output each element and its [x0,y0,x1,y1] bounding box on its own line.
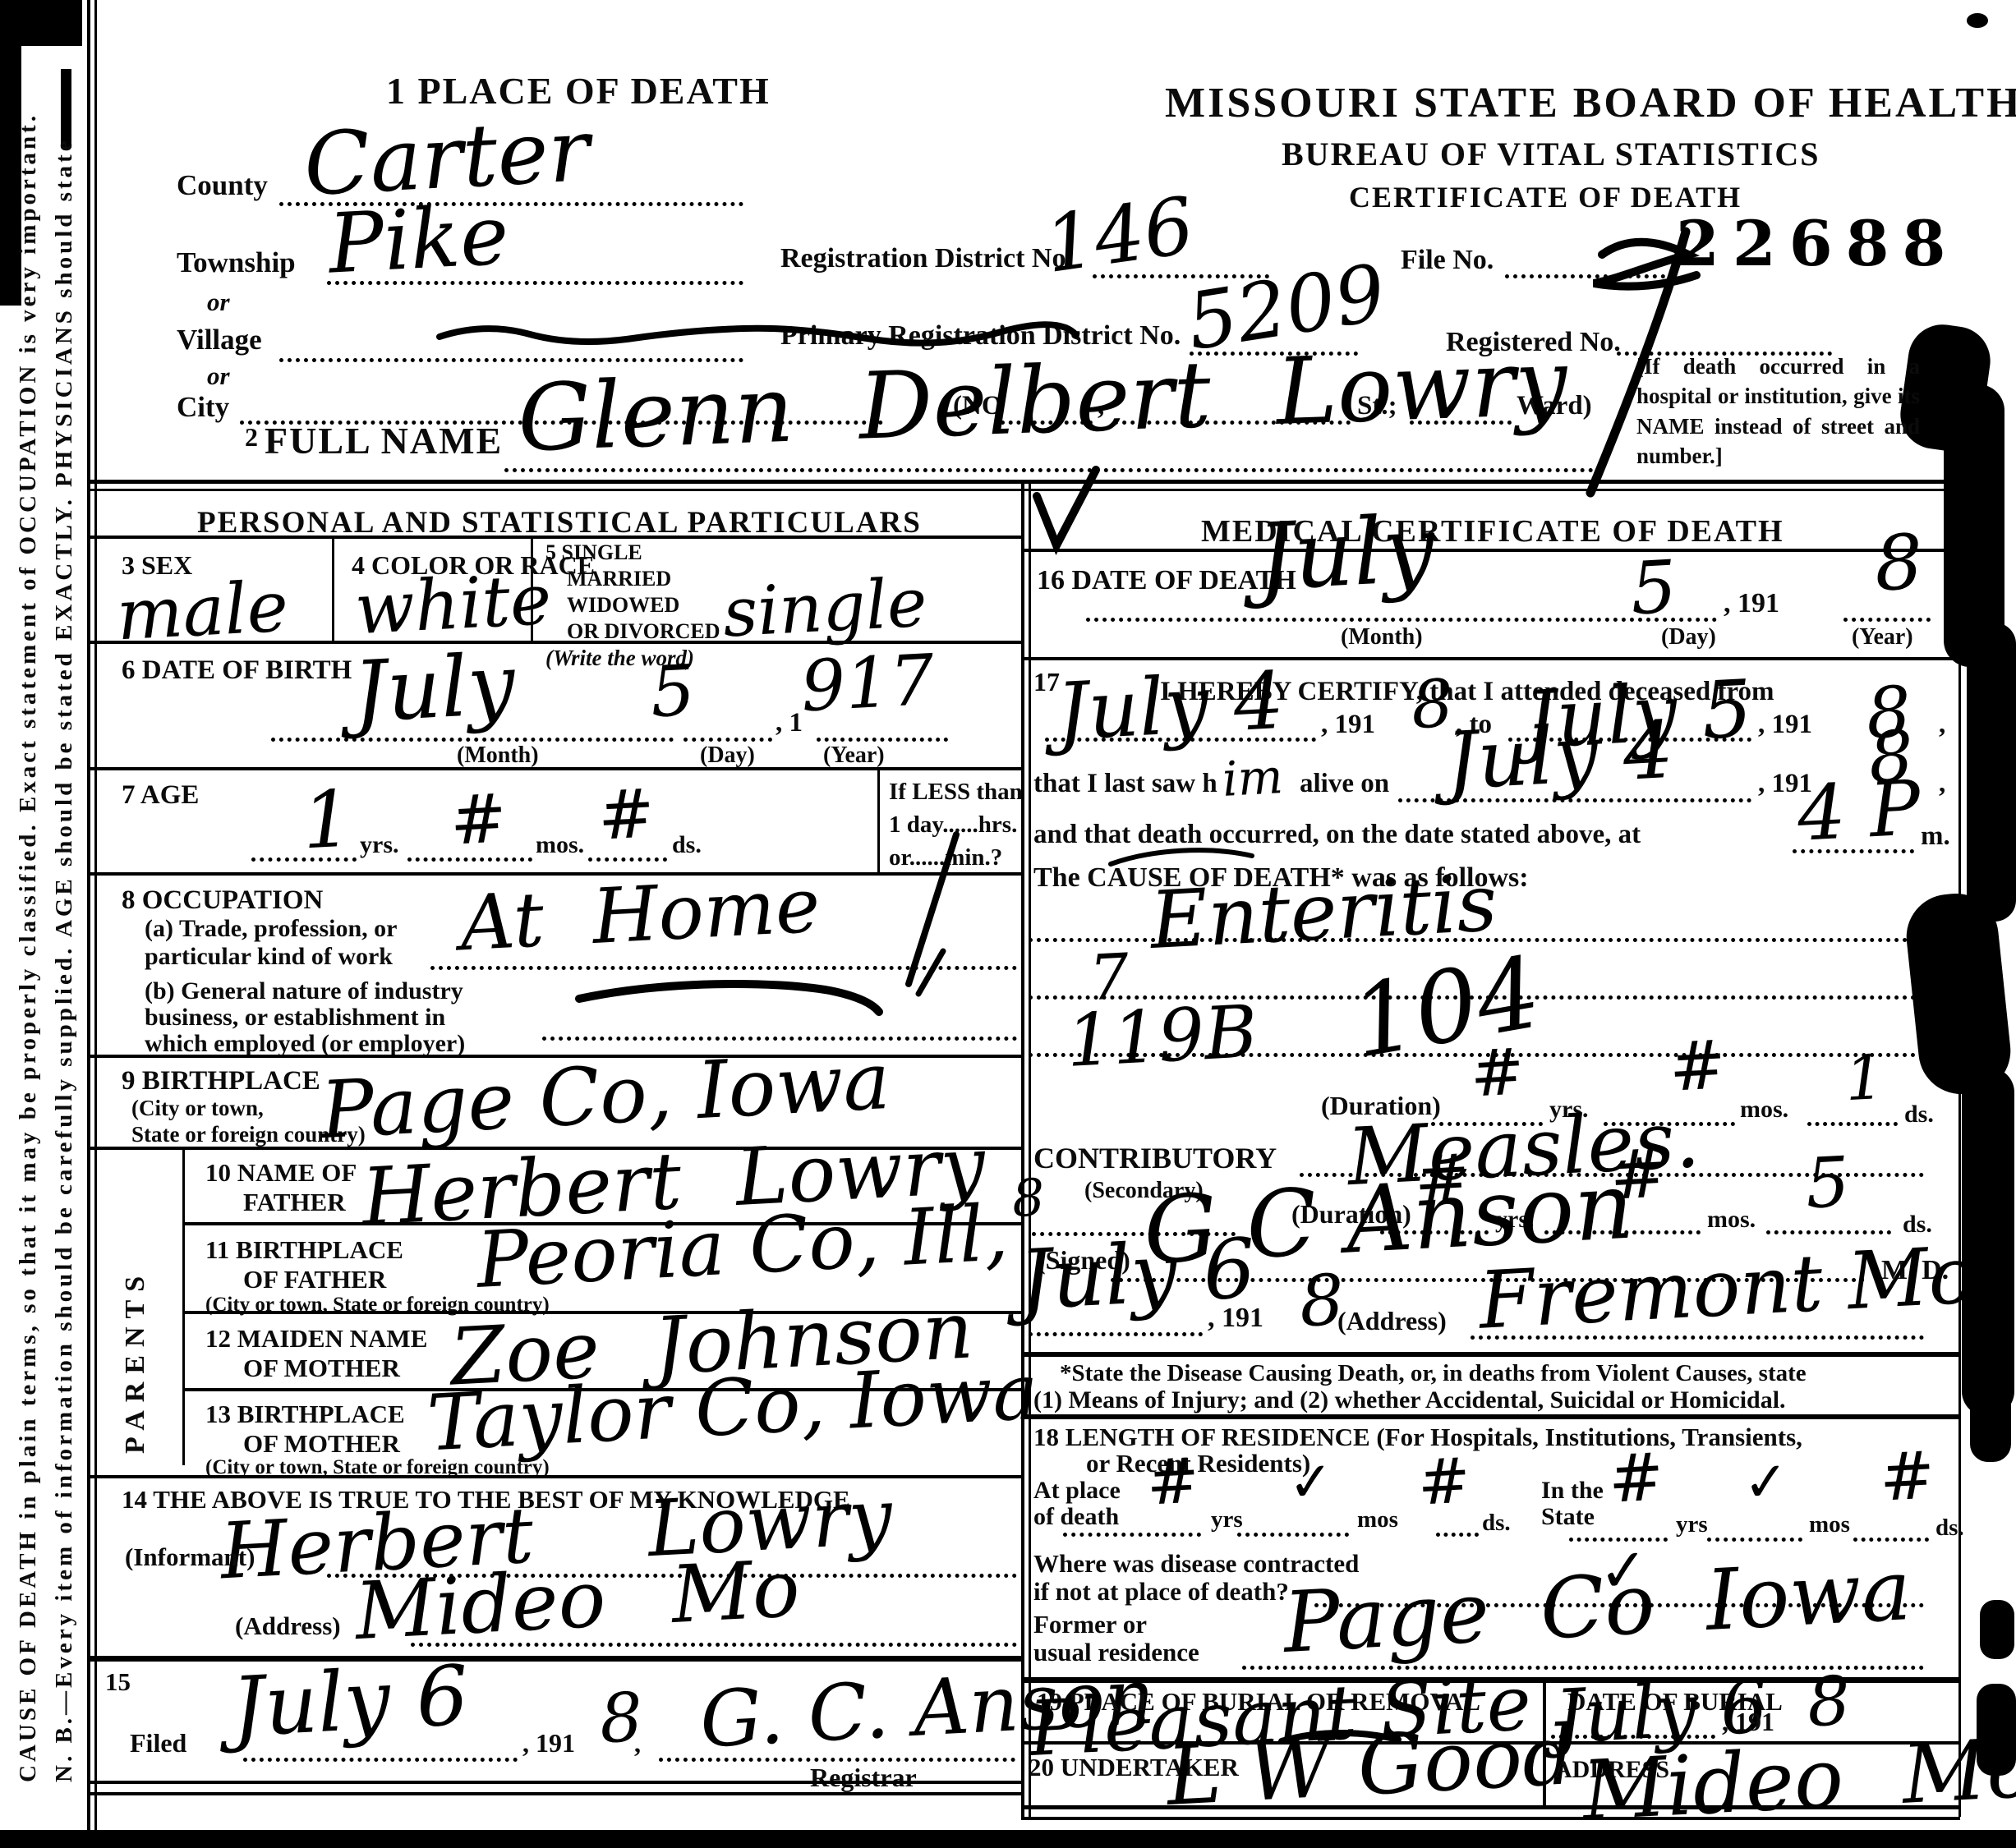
last-saw-date: July 4 [1444,710,1675,801]
at-place-line1: At place [1033,1478,1121,1503]
township-value: Pike [327,194,511,285]
reg-district-value: 146 [1040,187,1199,285]
comma: , [1939,770,1945,798]
yrs-caption: yrs [1211,1508,1243,1532]
age-years-value: 1 [301,780,354,861]
dotted-line [1853,1538,1929,1542]
former-residence-line1: Former or [1033,1611,1147,1637]
year-prefix: , 191 [1321,711,1375,738]
rule [1021,657,1960,660]
or-label: or [207,363,230,388]
former-residence-line2: usual residence [1033,1639,1199,1665]
duration-years: # [1469,1040,1526,1106]
fullname-value: Glenn Delbert Lowry [516,337,1568,466]
dotted-line [1436,1533,1479,1537]
dotted-line [1029,1332,1203,1336]
margin-note-line2: CAUSE OF DEATH in plain terms, so that i… [16,33,40,1782]
county-label: County [177,171,268,200]
rule [1958,483,1961,1817]
dotted-line [1063,1533,1201,1537]
duration-days: 1 [1843,1047,1885,1110]
footnote-line2: (1) Means of Injury; and (2) whether Acc… [1033,1388,1786,1413]
month-caption: (Month) [1341,626,1423,649]
marital-label-3: WIDOWED [567,595,679,616]
mother-name-label2: OF MOTHER [243,1355,400,1381]
informant-address-value: Mideo Mo [353,1549,802,1651]
dotted-line [271,738,674,742]
rule [1021,1817,1960,1820]
occupation-b-strikethrough-mark [579,984,879,1012]
death-certificate-scan: N. B.—Every item of information should b… [0,0,2016,1848]
marital-label-1: 5 SINGLE [545,542,642,563]
rule [1021,1805,1960,1809]
race-value: white [353,565,553,645]
ds-caption: ds. [1482,1511,1511,1535]
in-state-years: # [1607,1444,1665,1512]
if-less-line3: or......min.? [889,846,1002,870]
year-prefix: , 191 [1722,1708,1774,1735]
dob-day-value: 5 [649,656,697,729]
date-of-death-year: 8 [1873,525,1925,603]
or-label: or [207,289,230,315]
in-state-line2: State [1541,1505,1595,1529]
rule [87,1792,1024,1795]
occupation-b-line1: (b) General nature of industry [145,979,463,1004]
death-time-value: 4 P [1796,770,1922,853]
dob-year-prefix: , 1 [776,710,803,737]
occupation-b-line2: business, or establishment in [145,1005,445,1030]
mother-birthplace-label2: OF MOTHER [243,1431,400,1456]
informant-label: (Informant) [125,1544,255,1570]
in-state-months: ✓ [1742,1455,1790,1511]
reg-district-label: Registration District No. [780,245,1073,273]
undertaker-signature: L W Good [1165,1714,1577,1818]
in-state-days: # [1878,1442,1936,1510]
dotted-line [588,857,667,862]
sex-value: male [115,572,290,651]
rule [87,536,1024,539]
rule [182,1147,185,1465]
year-caption: (Year) [1852,626,1913,649]
file-no-value: 22688 [1676,207,1958,280]
dotted-line [251,857,357,862]
in-state-line1: In the [1541,1478,1604,1503]
at-place-years: # [1145,1449,1201,1514]
comma: , [1939,711,1945,738]
dotted-line [407,857,532,862]
if-less-line1: If LESS than [889,780,1023,804]
cause-of-death-value: Enteritis [1148,863,1499,960]
day-caption: (Day) [1661,626,1716,649]
hospital-note: [If death occurred in a hospital or inst… [1636,352,1920,471]
at-place-days: # [1416,1449,1472,1514]
scan-artifact [1967,623,2016,922]
bureau-title: BUREAU OF VITAL STATISTICS [1282,138,1820,171]
fullname-label: FULL NAME [265,422,503,460]
ds-caption: ds. [1904,1102,1934,1127]
former-residence-value: Page Co Iowa [1282,1549,1913,1666]
rule [87,480,1963,484]
parents-label: PARENTS [122,1183,150,1454]
rule [94,0,97,1848]
filed-label: Filed [130,1730,186,1756]
dotted-line [1807,1122,1898,1126]
duration2-days: 5 [1804,1147,1852,1219]
margin-note-line1: N. B.—Every item of information should b… [53,33,76,1782]
last-saw-post: alive on [1300,770,1389,798]
dotted-line [1237,1533,1349,1537]
dotted-line [504,468,1602,472]
dotted-line [1086,618,1717,622]
ds-caption: ds. [672,833,702,857]
footnote-line1: *State the Disease Causing Death, or, in… [1060,1362,1807,1386]
occupation-b-line3: which employed (or employer) [145,1032,465,1056]
cause-code-1: 119B [1065,995,1259,1078]
mos-caption: mos. [1707,1207,1756,1232]
mos-caption: mos. [1740,1097,1788,1122]
dotted-line [1793,849,1914,853]
dotted-line [430,966,1017,970]
mother-name-label1: 12 MAIDEN NAME [205,1326,427,1351]
scan-artifact [1967,13,1988,28]
rule [1029,483,1031,1817]
father-birthplace-label1: 11 BIRTHPLACE [205,1237,403,1262]
mos-caption: mos [1357,1508,1398,1532]
dotted-line [1045,738,1316,742]
dotted-line [243,1758,518,1762]
filed-year-prefix: , 191 [522,1730,575,1756]
occupation-label: 8 OCCUPATION [122,887,323,914]
dob-year-value: 917 [799,646,936,722]
personal-section-title: PERSONAL AND STATISTICAL PARTICULARS [197,508,922,538]
father-name-label2: FATHER [243,1189,346,1215]
father-name-label1: 10 NAME OF [205,1160,357,1185]
scan-artifact [0,1830,2016,1848]
board-title: MISSOURI STATE BOARD OF HEALTH [1165,82,2016,125]
if-less-line2: 1 day......hrs. [889,813,1017,837]
margin-mark: 8 [1010,1172,1046,1225]
address-label: (Address) [1337,1308,1447,1334]
occupation-a-line1: (a) Trade, profession, or [145,917,398,941]
occupation-a-value: At Home [458,868,822,963]
dotted-line [684,738,772,742]
rule [1021,1352,1960,1357]
rule [1021,549,1960,552]
dotted-line [1471,1335,1924,1340]
rule [87,767,1024,770]
burial-year-value: 8 [1806,1668,1852,1738]
dotted-line [1843,618,1931,622]
scan-artifact [1980,1600,2014,1659]
rule [87,0,90,1848]
dob-label: 6 DATE OF BIRTH [122,657,352,684]
dotted-line [411,1643,1017,1647]
city-label: City [177,393,229,421]
yrs-caption: yrs [1676,1513,1708,1537]
age-days-value: # [596,780,656,850]
filed-date-value: July 6 [230,1655,471,1749]
day-caption: (Day) [700,744,755,767]
year-prefix: , 191 [1724,590,1779,618]
registrar-label: Registrar [810,1764,917,1791]
year-caption: (Year) [823,744,885,767]
physician-address-value: Fremont Mo [1477,1235,1977,1340]
dotted-line [1505,274,1665,278]
dotted-line [1707,1538,1802,1542]
m-label: m. [1921,823,1950,850]
at-place-months: ✓ [1286,1455,1335,1511]
date-of-death-month: July [1254,503,1437,604]
age-label: 7 AGE [122,782,199,809]
rule [1021,1414,1960,1419]
marital-value: single [721,570,928,648]
occupation-a-line2: particular kind of work [145,945,393,969]
dob-month-value: July [351,643,517,735]
marital-label-2: MARRIED [567,568,671,590]
mos-caption: mos. [536,833,584,857]
birthplace-sub1: (City or town, [131,1097,264,1119]
last-saw-him: im [1222,752,1284,803]
death-occurred-statement: and that death occurred, on the date sta… [1033,821,1641,848]
township-label: Township [177,248,296,277]
birthplace-label: 9 BIRTHPLACE [122,1068,320,1095]
date-of-death-day: 5 [1629,551,1679,626]
year-prefix: , 191 [1758,711,1812,738]
ds-caption: ds. [1935,1516,1964,1540]
informant-address-label: (Address) [235,1613,341,1639]
age-box-slash-mark [918,951,943,994]
duration-months: # [1668,1032,1728,1101]
at-place-line2: of death [1033,1505,1119,1529]
village-label: Village [177,325,262,354]
year-prefix: , 191 [1208,1304,1263,1332]
filed-number: 15 [105,1669,131,1694]
marital-label-4: OR DIVORCED [567,621,720,642]
age-months-value: # [449,785,509,855]
mos-caption: mos [1809,1513,1850,1537]
contributory-label: CONTRIBUTORY [1033,1143,1277,1173]
last-saw-pre: that I last saw h [1033,770,1217,798]
month-caption: (Month) [457,744,539,767]
mother-birthplace-label1: 13 BIRTHPLACE [205,1401,405,1427]
comma: , [634,1730,641,1756]
contracted-line2: if not at place of death? [1033,1579,1289,1604]
rule [87,1781,1024,1784]
rule [877,767,880,874]
file-no-label: File No. [1401,246,1494,274]
scan-artifact [1970,1386,2011,1462]
dotted-line [1029,938,1924,942]
dotted-line [817,738,948,742]
rule [87,1656,1024,1662]
yrs-caption: yrs. [360,833,399,857]
rule [332,536,334,641]
rule [87,489,1963,491]
father-birthplace-label2: OF FATHER [243,1266,386,1292]
fullname-number: 2 [245,424,258,450]
rule [1021,483,1024,1817]
